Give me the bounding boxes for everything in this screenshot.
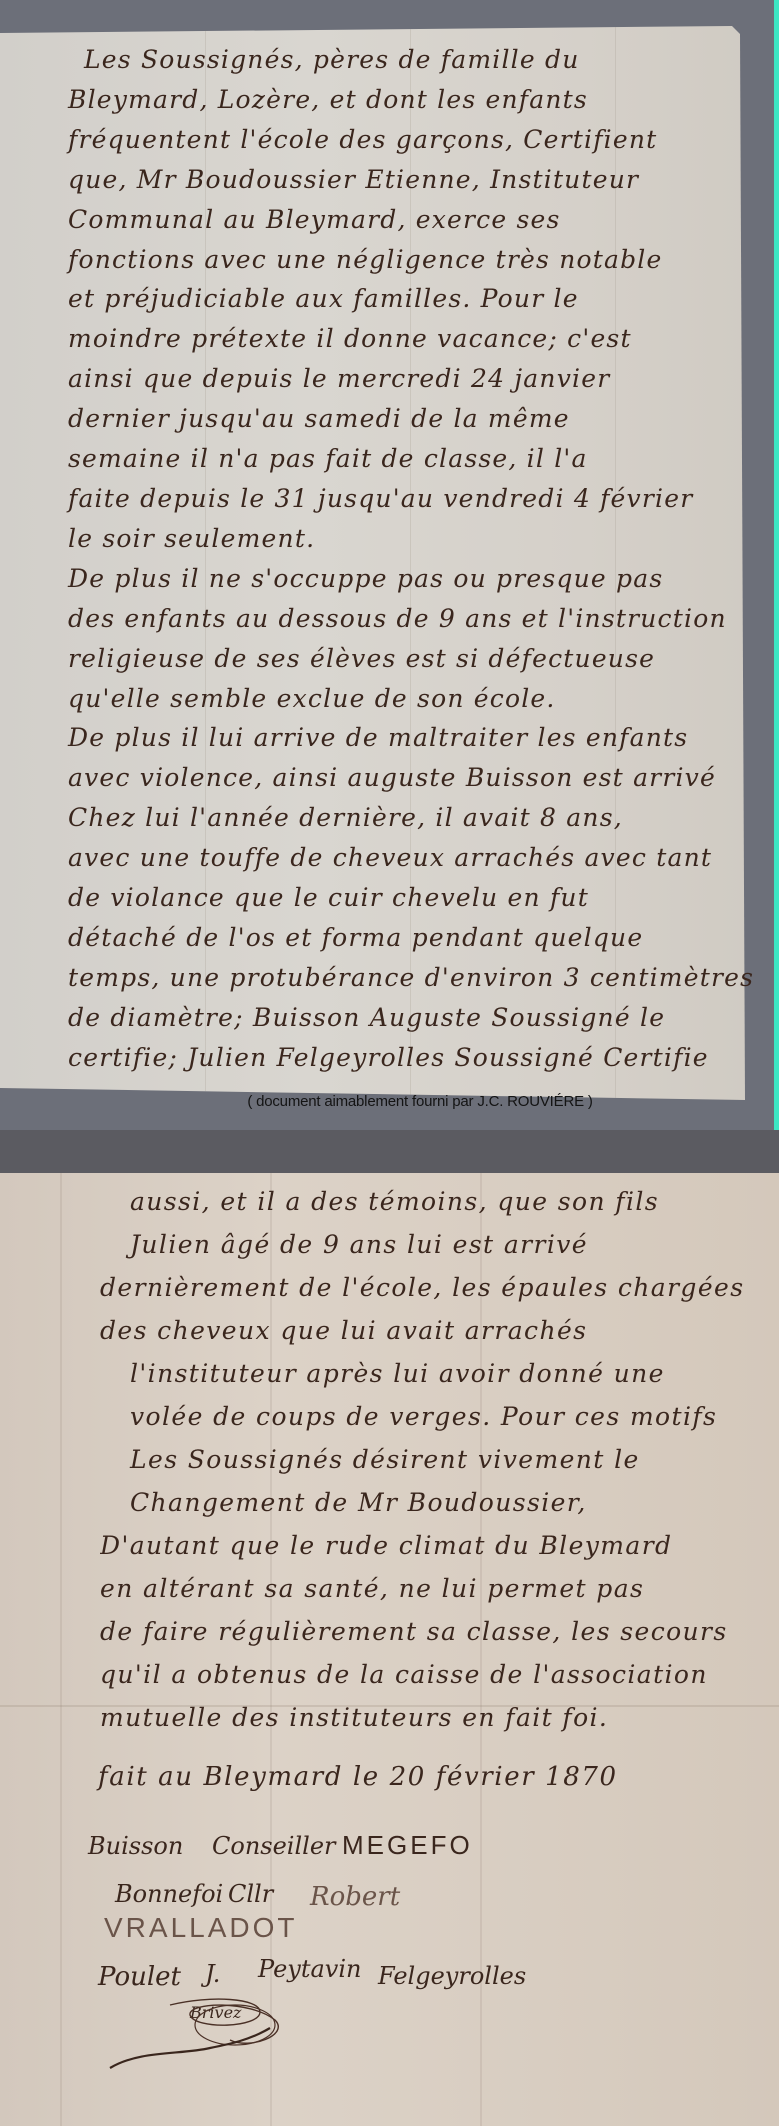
text-line: volée de coups de verges. Pour ces motif…: [100, 1395, 779, 1438]
text-line: des cheveux que lui avait arrachés: [100, 1309, 779, 1352]
signature-buisson: Buisson: [88, 1832, 183, 1860]
text-line: Communal au Bleymard, exerce ses: [68, 200, 758, 240]
signature-robert: Robert: [310, 1882, 400, 1912]
text-line: Julien âgé de 9 ans lui est arrivé: [100, 1223, 779, 1266]
text-line: religieuse de ses élèves est si défectue…: [68, 639, 758, 679]
signature-block-letters: MEGEFO: [342, 1830, 473, 1861]
text-line: le soir seulement.: [68, 519, 758, 559]
text-line: Les Soussignés désirent vivement le: [100, 1438, 779, 1481]
text-line: qu'il a obtenus de la caisse de l'associ…: [100, 1653, 779, 1696]
text-line: dernier jusqu'au samedi de la même: [68, 399, 758, 439]
text-line: de diamètre; Buisson Auguste Soussigné l…: [68, 998, 758, 1038]
text-line: détaché de l'os et forma pendant quelque: [68, 918, 758, 958]
text-line: qu'elle semble exclue de son école.: [68, 679, 758, 719]
text-line: semaine il n'a pas fait de classe, il l'…: [68, 439, 758, 479]
text-line: l'instituteur après lui avoir donné une: [100, 1352, 779, 1395]
text-line: et préjudiciable aux familles. Pour le: [68, 279, 758, 319]
text-line: Les Soussignés, pères de famille du: [68, 40, 758, 80]
text-line: Bleymard, Lozère, et dont les enfants: [68, 80, 758, 120]
text-line: temps, une protubérance d'environ 3 cent…: [68, 958, 758, 998]
signature-bonnefoi: Bonnefoi: [115, 1880, 223, 1908]
paper-fold: [60, 1173, 62, 2126]
date-line: fait au Bleymard le 20 février 1870: [98, 1762, 618, 1792]
text-line: moindre prétexte il donne vacance; c'est: [68, 319, 758, 359]
signature-felgeyrolles: Felgeyrolles: [378, 1962, 526, 1990]
text-line: avec une touffe de cheveux arrachés avec…: [68, 838, 758, 878]
text-line: Chez lui l'année dernière, il avait 8 an…: [68, 798, 758, 838]
text-line: dernièrement de l'école, les épaules cha…: [100, 1266, 779, 1309]
text-line: D'autant que le rude climat du Bleymard: [100, 1524, 779, 1567]
signature-flourish-icon: [100, 1980, 300, 2090]
page-1-handwritten-text: Les Soussignés, pères de famille du Bley…: [68, 40, 758, 1078]
text-line: De plus il lui arrive de maltraiter les …: [68, 718, 758, 758]
text-line: mutuelle des instituteurs en fait foi.: [100, 1696, 779, 1739]
text-line: en altérant sa santé, ne lui permet pas: [100, 1567, 779, 1610]
text-line: ainsi que depuis le mercredi 24 janvier: [68, 359, 758, 399]
signature-peytavin: Peytavin: [258, 1955, 361, 1983]
text-line: des enfants au dessous de 9 ans et l'ins…: [68, 599, 758, 639]
text-line: De plus il ne s'occuppe pas ou presque p…: [68, 559, 758, 599]
separator-band: [0, 1130, 779, 1174]
image-credit-caption: ( document aimablement fourni par J.C. R…: [0, 1093, 779, 1110]
text-line: faite depuis le 31 jusqu'au vendredi 4 f…: [68, 479, 758, 519]
text-line: aussi, et il a des témoins, que son fils: [100, 1180, 779, 1223]
text-line: de violance que le cuir chevelu en fut: [68, 878, 758, 918]
signature-block-letters-2: VRALLADOT: [104, 1912, 298, 1944]
text-line: fréquentent l'école des garçons, Certifi…: [68, 120, 758, 160]
text-line: Changement de Mr Boudoussier,: [100, 1481, 779, 1524]
text-line: de faire régulièrement sa classe, les se…: [100, 1610, 779, 1653]
signature-abbreviation: Cllr: [228, 1880, 273, 1908]
text-line: certifie; Julien Felgeyrolles Soussigné …: [68, 1038, 758, 1078]
text-line: avec violence, ainsi auguste Buisson est…: [68, 758, 758, 798]
text-line: que, Mr Boudoussier Etienne, Instituteur: [68, 160, 758, 200]
accent-strip: [774, 0, 779, 1130]
page-2-handwritten-text: aussi, et il a des témoins, que son fils…: [100, 1180, 779, 1739]
text-line: fonctions avec une négligence très notab…: [68, 240, 758, 280]
signature-title-conseiller: Conseiller: [212, 1832, 336, 1860]
